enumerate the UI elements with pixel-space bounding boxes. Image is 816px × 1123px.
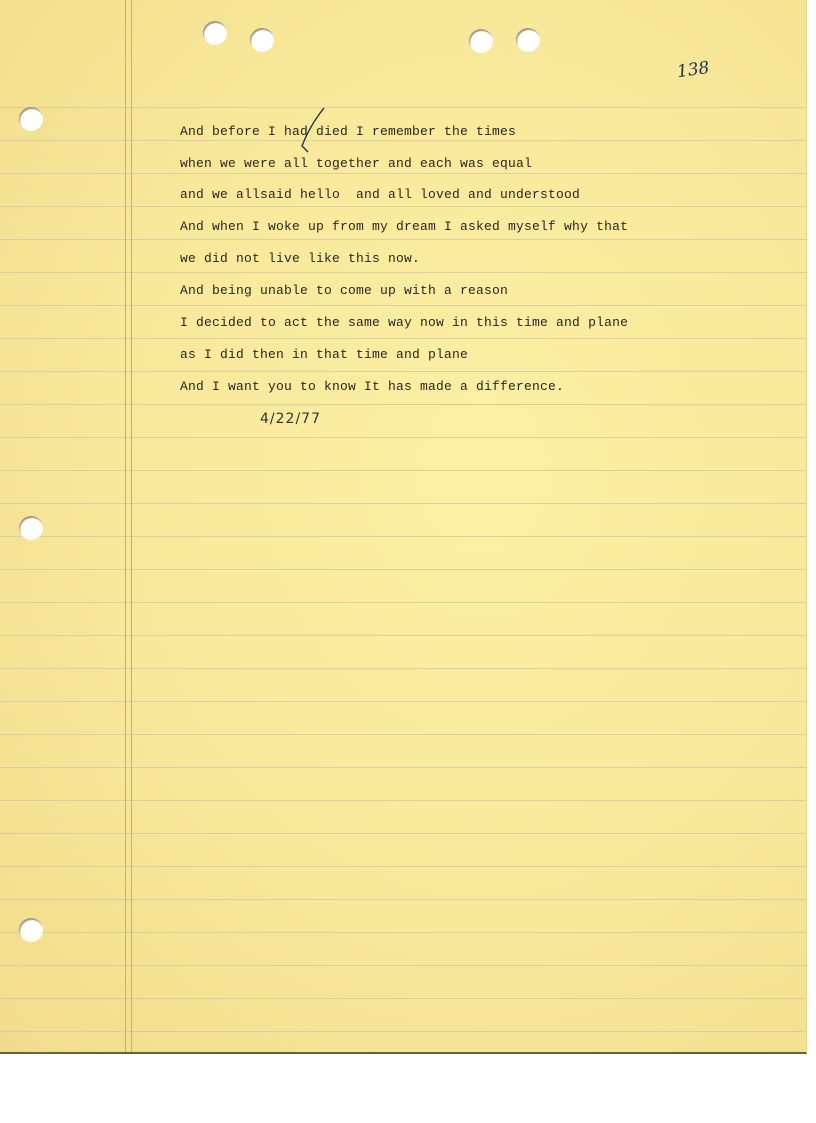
notebook-paper: 138 And before I had died I remember the… bbox=[0, 0, 807, 1054]
typed-line: And before I had died I remember the tim… bbox=[180, 124, 516, 140]
rule-line bbox=[0, 536, 806, 537]
typed-line: I decided to act the same way now in thi… bbox=[180, 315, 628, 331]
typed-line: And being unable to come up with a reaso… bbox=[180, 283, 508, 299]
rule-line bbox=[0, 239, 806, 240]
rule-line bbox=[0, 734, 806, 735]
rule-line bbox=[0, 173, 806, 174]
punch-hole bbox=[250, 28, 274, 52]
rule-line bbox=[0, 767, 806, 768]
punch-hole bbox=[19, 918, 43, 942]
margin-line-right bbox=[131, 0, 132, 1052]
typed-line: and we allsaid hello and all loved and u… bbox=[180, 187, 580, 203]
rule-line bbox=[0, 668, 806, 669]
rule-line bbox=[0, 701, 806, 702]
rule-line bbox=[0, 503, 806, 504]
typed-line: And when I woke up from my dream I asked… bbox=[180, 219, 628, 235]
rule-line bbox=[0, 569, 806, 570]
rule-line bbox=[0, 140, 806, 141]
punch-hole bbox=[516, 28, 540, 52]
rule-line bbox=[0, 305, 806, 306]
rule-line bbox=[0, 899, 806, 900]
date-line: 4/22/77 bbox=[260, 411, 321, 427]
rule-line bbox=[0, 602, 806, 603]
rule-line bbox=[0, 371, 806, 372]
margin-line-left bbox=[125, 0, 126, 1052]
punch-hole bbox=[203, 21, 227, 45]
rule-line bbox=[0, 998, 806, 999]
rule-line bbox=[0, 107, 806, 108]
rule-line bbox=[0, 1031, 806, 1032]
typed-line: And I want you to know It has made a dif… bbox=[180, 379, 564, 395]
rule-line bbox=[0, 404, 806, 405]
rule-line bbox=[0, 932, 806, 933]
rule-line bbox=[0, 338, 806, 339]
rule-line bbox=[0, 470, 806, 471]
typed-line: when we were all together and each was e… bbox=[180, 156, 532, 172]
rule-line bbox=[0, 800, 806, 801]
typed-line: we did not live like this now. bbox=[180, 251, 420, 267]
rule-line bbox=[0, 965, 806, 966]
punch-hole bbox=[19, 107, 43, 131]
strike-mark-icon bbox=[300, 106, 330, 154]
punch-hole bbox=[19, 516, 43, 540]
page-number: 138 bbox=[676, 58, 711, 82]
rule-line bbox=[0, 272, 806, 273]
rule-line bbox=[0, 635, 806, 636]
rule-line bbox=[0, 437, 806, 438]
typed-line: as I did then in that time and plane bbox=[180, 347, 468, 363]
rule-line bbox=[0, 206, 806, 207]
punch-hole bbox=[469, 29, 493, 53]
rule-line bbox=[0, 866, 806, 867]
rule-line bbox=[0, 833, 806, 834]
